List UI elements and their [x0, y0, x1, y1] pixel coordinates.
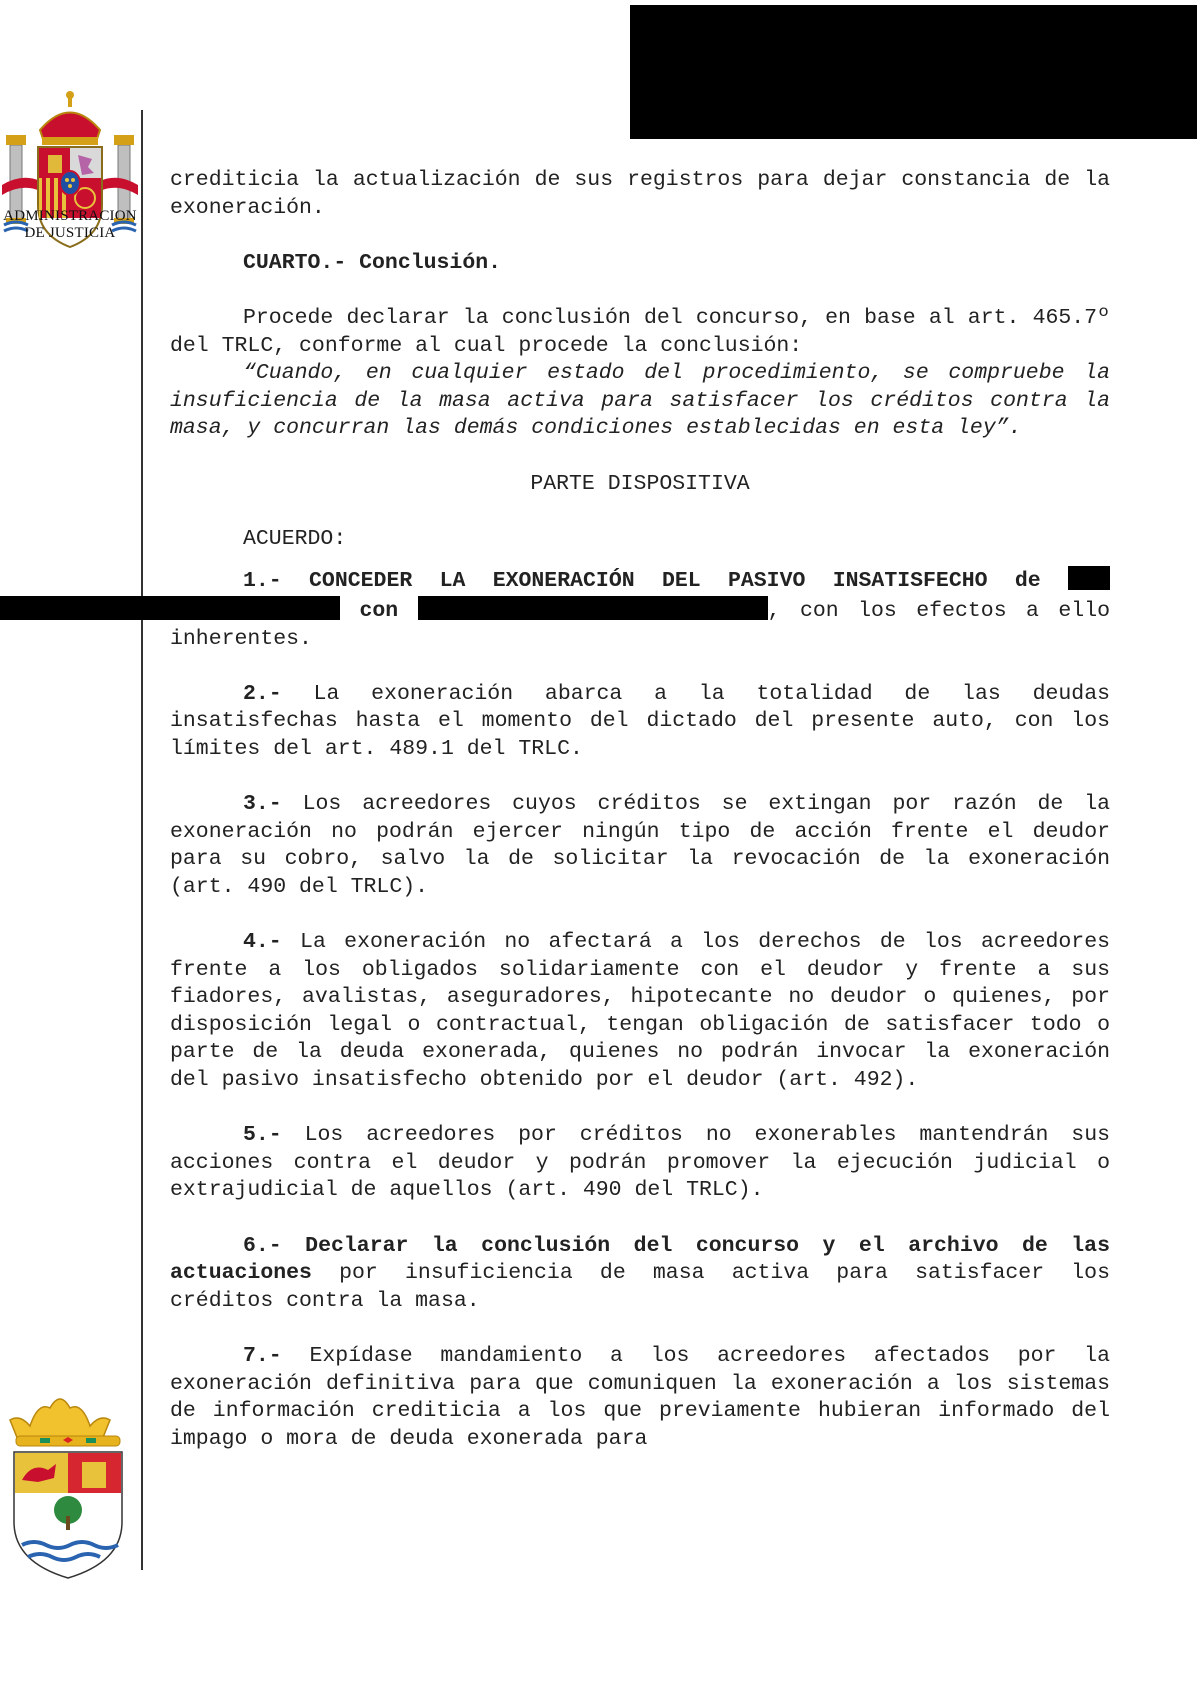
- extremadura-coat-of-arms-icon: [2, 1380, 134, 1580]
- logo-label-line1: ADMINISTRACION: [0, 208, 140, 225]
- item-5: 5.- Los acreedores por créditos no exone…: [170, 1122, 1110, 1205]
- redaction-block-header: [630, 5, 1197, 139]
- document-body: crediticia la actualización de sus regis…: [170, 167, 1110, 1481]
- redaction-inline: [0, 596, 340, 620]
- paragraph-continuation: crediticia la actualización de sus regis…: [170, 167, 1110, 222]
- item-text: La exoneración no afectará a los derecho…: [170, 930, 1110, 1092]
- item-text: Los acreedores por créditos no exonerabl…: [170, 1123, 1110, 1202]
- item-text: La exoneración abarca a la totalidad de …: [170, 682, 1110, 761]
- item-1: 1.- CONCEDER LA EXONERACIÓN DEL PASIVO I…: [170, 566, 1110, 653]
- item-2: 2.- La exoneración abarca a la totalidad…: [170, 681, 1110, 764]
- redaction-inline: [418, 596, 768, 620]
- item-6: 6.- Declarar la conclusión del concurso …: [170, 1233, 1110, 1316]
- heading-parte-dispositiva: PARTE DISPOSITIVA: [170, 471, 1110, 499]
- paragraph-quote: “Cuando, en cualquier estado del procedi…: [170, 360, 1110, 443]
- item-1-bold: 1.- CONCEDER LA EXONERACIÓN DEL PASIVO I…: [243, 569, 1041, 593]
- section-heading-cuarto: CUARTO.- Conclusión.: [170, 250, 1110, 278]
- margin-rule: [141, 110, 143, 1570]
- item-number: 4.-: [243, 930, 282, 954]
- item-text: Expídase mandamiento a los acreedores af…: [170, 1344, 1110, 1451]
- paragraph-conclusion: Procede declarar la conclusión del concu…: [170, 305, 1110, 360]
- item-1-con: con: [359, 599, 398, 623]
- item-number: 3.-: [243, 792, 282, 816]
- heading-acuerdo: ACUERDO:: [170, 526, 1110, 554]
- item-number: 2.-: [243, 682, 282, 706]
- item-text: Los acreedores cuyos créditos se extinga…: [170, 792, 1110, 899]
- item-number: 7.-: [243, 1344, 282, 1368]
- item-7: 7.- Expídase mandamiento a los acreedore…: [170, 1343, 1110, 1453]
- item-number: 5.-: [243, 1123, 282, 1147]
- logo-label-line2: DE JUSTICIA: [0, 225, 140, 242]
- item-4: 4.- La exoneración no afectará a los der…: [170, 929, 1110, 1095]
- document-page: ADMINISTRACION DE JUSTICIA crediticia la…: [0, 0, 1200, 1703]
- item-3: 3.- Los acreedores cuyos créditos se ext…: [170, 791, 1110, 901]
- redaction-inline: [1068, 566, 1110, 590]
